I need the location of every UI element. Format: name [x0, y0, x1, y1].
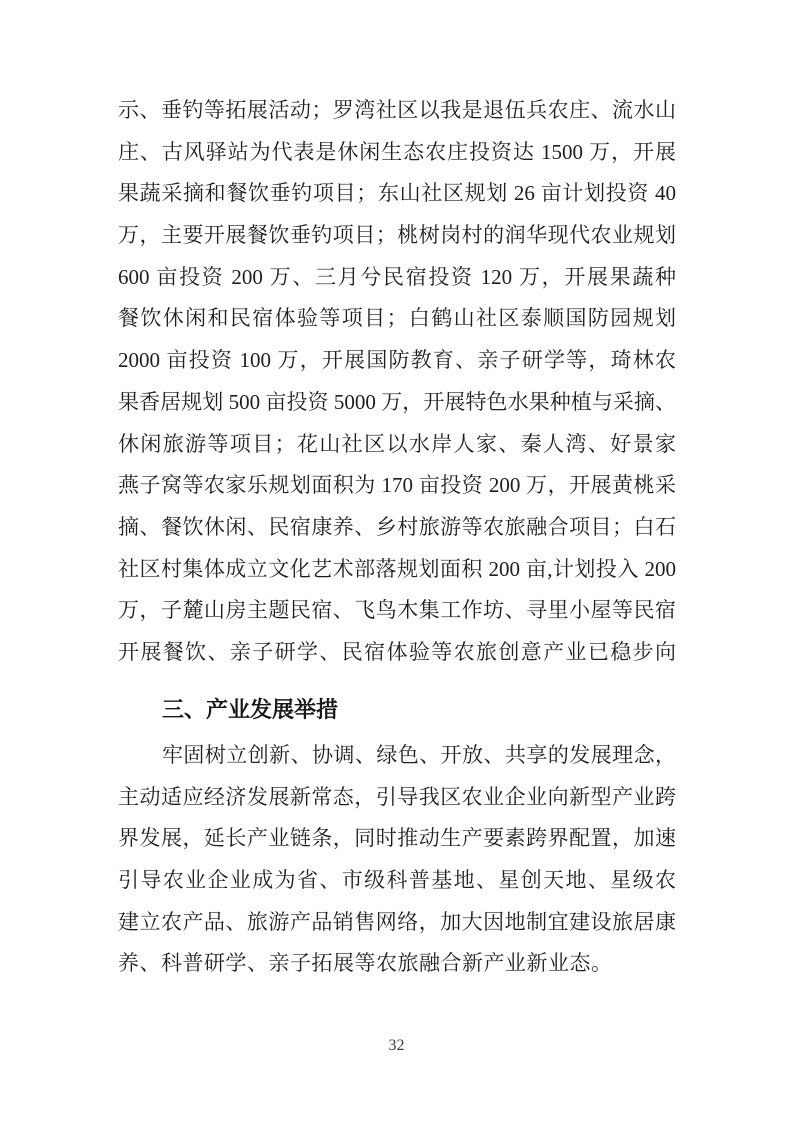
page-number: 32: [0, 1036, 793, 1056]
section-heading: 三、产业发展举措: [118, 689, 676, 731]
para2-line-5: 建立农产品、旅游产品销售网络，加大因地制宜建设旅居康: [118, 902, 676, 944]
para1-line-12: 社区村集体成立文化艺术部落规划面积 200 亩,计划投入 200: [118, 549, 676, 591]
para1-line-14: 开展餐饮、亲子研学、民宿体验等农旅创意产业已稳步向前。: [118, 632, 676, 674]
para2-line-3: 界发展，延长产业链条，同时推动生产要素跨界配置，加速: [118, 818, 676, 860]
document-page: 示、垂钓等拓展活动；罗湾社区以我是退伍兵农庄、流水山 庄、古风驿站为代表是休闲生…: [0, 0, 793, 1122]
para1-line-7: 2000 亩投资 100 万，开展国防教育、亲子研学等，琦林农业、: [118, 340, 676, 382]
para1-line-1: 示、垂钓等拓展活动；罗湾社区以我是退伍兵农庄、流水山: [118, 90, 676, 132]
para2-line-1: 牢固树立创新、协调、绿色、开放、共享的发展理念，: [118, 735, 676, 777]
para1-line-8: 果香居规划 500 亩投资 5000 万，开展特色水果种植与采摘、: [118, 382, 676, 424]
para2-line-6: 养、科普研学、亲子拓展等农旅融合新产业新业态。: [118, 943, 676, 985]
para1-line-10: 燕子窝等农家乐规划面积为 170 亩投资 200 万，开展黄桃采: [118, 465, 676, 507]
paragraph-continuation: 示、垂钓等拓展活动；罗湾社区以我是退伍兵农庄、流水山 庄、古风驿站为代表是休闲生…: [118, 90, 676, 674]
para1-line-9: 休闲旅游等项目；花山社区以水岸人家、秦人湾、好景家园、: [118, 424, 676, 466]
para1-line-2: 庄、古风驿站为代表是休闲生态农庄投资达 1500 万，开展: [118, 132, 676, 174]
para1-line-4: 万，主要开展餐饮垂钓项目；桃树岗村的润华现代农业规划: [118, 215, 676, 257]
para2-line-4: 引导农业企业成为省、市级科普基地、星创天地、星级农庄，: [118, 860, 676, 902]
para1-line-6: 餐饮休闲和民宿体验等项目；白鹤山社区泰顺国防园规划: [118, 298, 676, 340]
paragraph-measures: 牢固树立创新、协调、绿色、开放、共享的发展理念， 主动适应经济发展新常态，引导我…: [118, 735, 676, 985]
para1-line-13: 万，子麓山房主题民宿、飞鸟木集工作坊、寻里小屋等民宿: [118, 590, 676, 632]
para2-line-2: 主动适应经济发展新常态，引导我区农业企业向新型产业跨: [118, 777, 676, 819]
para1-line-5: 600 亩投资 200 万、三月兮民宿投资 120 万，开展果蔬种植、: [118, 257, 676, 299]
para1-line-3: 果蔬采摘和餐饮垂钓项目；东山社区规划 26 亩计划投资 40: [118, 173, 676, 215]
para1-line-11: 摘、餐饮休闲、民宿康养、乡村旅游等农旅融合项目；白石: [118, 507, 676, 549]
